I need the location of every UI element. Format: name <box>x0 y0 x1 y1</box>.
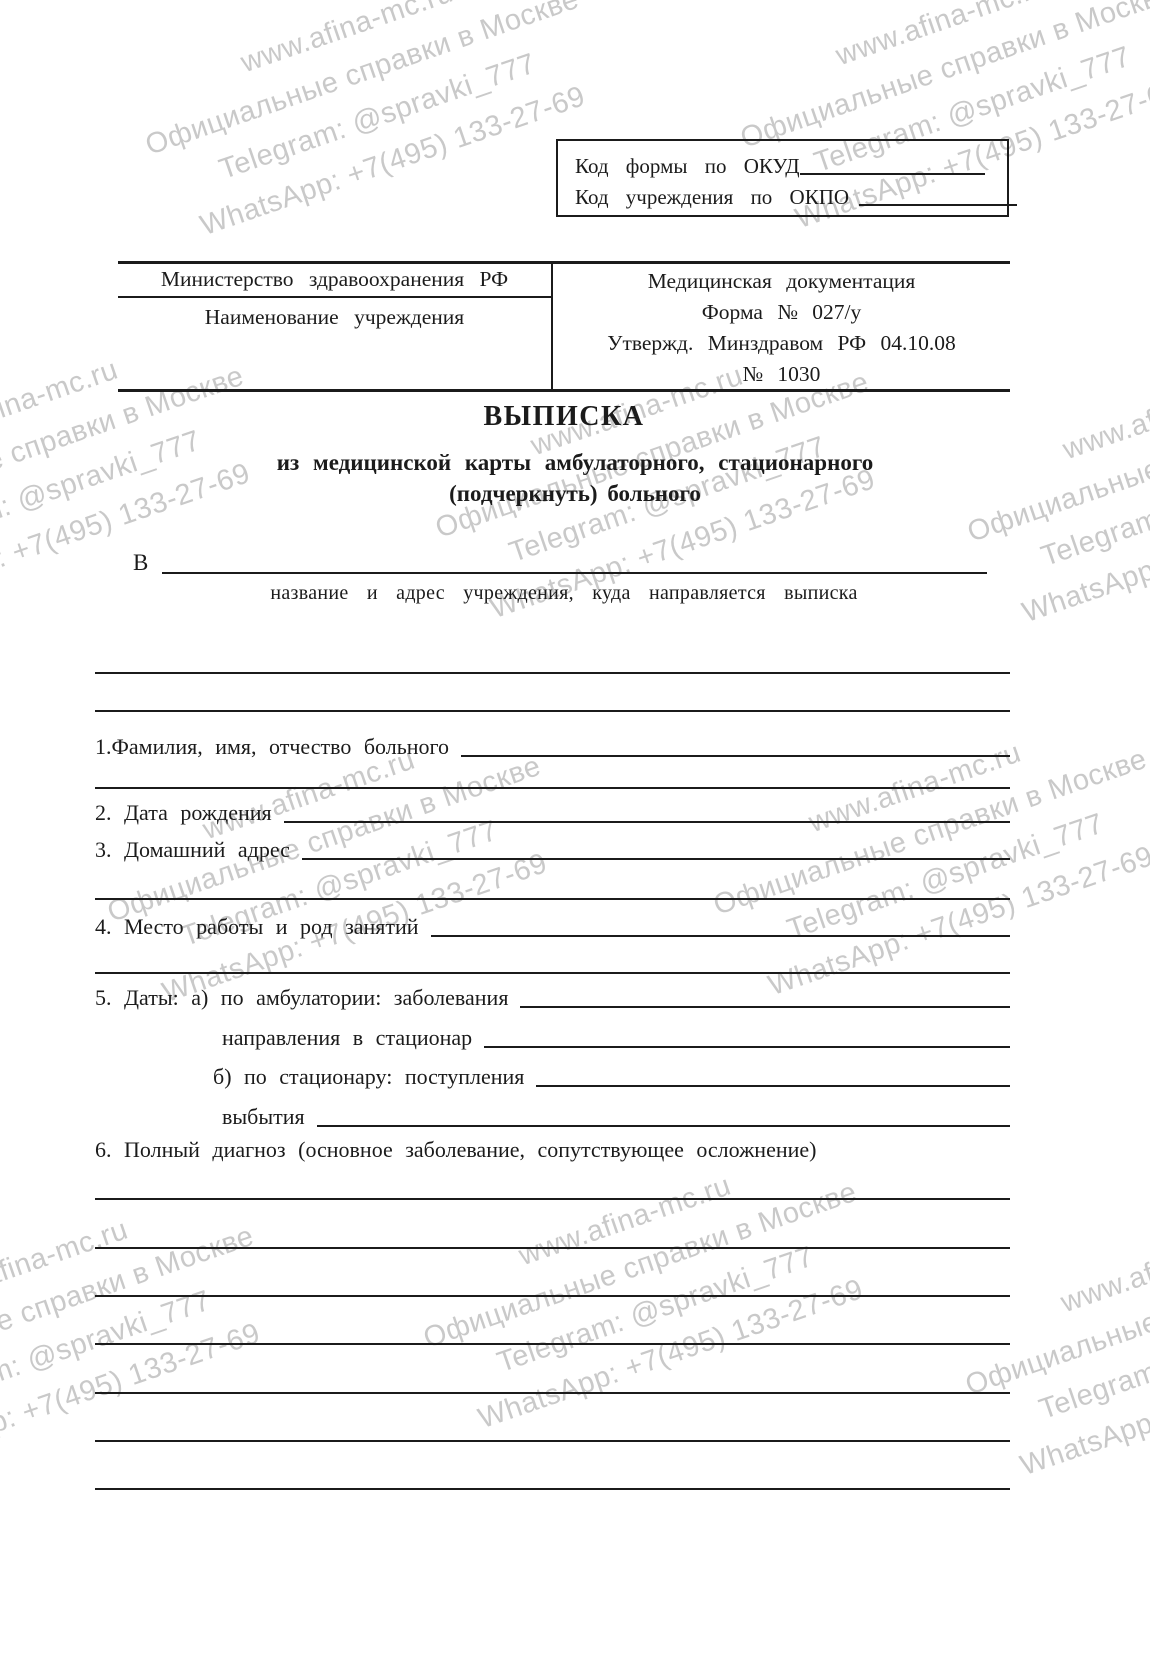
okud-code-blank-line <box>800 173 985 175</box>
blank-line <box>95 710 1010 712</box>
destination-prefix: В <box>133 550 148 576</box>
item2-label: 2. Дата рождения <box>95 800 272 826</box>
document-page: www.afina-mc.ruОфициальные справки в Мос… <box>0 0 1150 1653</box>
item5b-row: б) по стационару: поступления <box>213 1060 1010 1090</box>
item5c-row: выбытия <box>222 1100 1010 1130</box>
institution-line: Наименование учреждения <box>118 298 551 330</box>
form-number-line: Форма № 027/у <box>553 297 1010 328</box>
blank-line <box>95 1488 1010 1490</box>
header-right-cell: Медицинская документация Форма № 027/у У… <box>553 264 1010 389</box>
document-subtitle-line1: из медицинской карты амбулаторного, стац… <box>60 450 1090 476</box>
item4-row: 4. Место работы и род занятий <box>95 910 1010 940</box>
blank-line <box>95 1392 1010 1394</box>
blank-line <box>95 1343 1010 1345</box>
item2-row: 2. Дата рождения <box>95 796 1010 826</box>
order-number-line: № 1030 <box>553 359 1010 390</box>
destination-caption: название и адрес учреждения, куда направ… <box>118 582 1010 605</box>
okud-code-label: Код формы по ОКУД <box>575 154 800 179</box>
item1-row: 1.Фамилия, имя, отчество больного <box>95 730 1010 760</box>
blank-line <box>95 1247 1010 1249</box>
blank-line <box>95 1198 1010 1200</box>
okpo-code-label: Код учреждения по ОКПО <box>575 185 849 210</box>
approved-line: Утвержд. Минздравом РФ 04.10.08 <box>553 328 1010 359</box>
destination-blank-line <box>162 572 987 574</box>
doc-type-line: Медицинская документация <box>553 266 1010 297</box>
item4-blank-line <box>431 935 1010 937</box>
item5b-label: б) по стационару: поступления <box>213 1064 524 1090</box>
destination-row: В <box>133 546 987 576</box>
item5a-label: направления в стационар <box>222 1025 472 1051</box>
okud-code-row: Код формы по ОКУД <box>575 148 987 179</box>
item3-row: 3. Домашний адрес <box>95 833 1010 863</box>
document-subtitle-line2: (подчеркнуть) больного <box>60 481 1090 507</box>
item5a-blank-line <box>484 1046 1010 1048</box>
item1-blank-line <box>461 755 1010 757</box>
item2-blank-line <box>284 821 1010 823</box>
item1-label: 1.Фамилия, имя, отчество больного <box>95 734 449 760</box>
okpo-code-row: Код учреждения по ОКПО <box>575 179 987 210</box>
okud-okpo-box: Код формы по ОКУД Код учреждения по ОКПО <box>556 139 1009 217</box>
item5-label: 5. Даты: а) по амбулатории: заболевания <box>95 985 508 1011</box>
blank-line <box>95 1295 1010 1297</box>
okpo-code-blank-line <box>859 204 1017 206</box>
blank-line <box>95 972 1010 974</box>
blank-line <box>95 898 1010 900</box>
blank-line <box>95 787 1010 789</box>
item3-label: 3. Домашний адрес <box>95 837 290 863</box>
header-table: Министерство здравоохранения РФ Наименов… <box>118 261 1010 392</box>
document-title: ВЫПИСКА <box>118 401 1010 433</box>
item5a-row: направления в стационар <box>222 1021 1010 1051</box>
ministry-line: Министерство здравоохранения РФ <box>118 264 551 298</box>
blank-line <box>95 672 1010 674</box>
form-content: Код формы по ОКУД Код учреждения по ОКПО… <box>0 0 1150 1653</box>
item5c-label: выбытия <box>222 1104 305 1130</box>
item5-blank-line <box>520 1006 1010 1008</box>
item6-label: 6. Полный диагноз (основное заболевание,… <box>95 1137 816 1163</box>
item4-label: 4. Место работы и род занятий <box>95 914 419 940</box>
item5c-blank-line <box>317 1125 1010 1127</box>
item6-row: 6. Полный диагноз (основное заболевание,… <box>95 1133 1010 1163</box>
item5-row: 5. Даты: а) по амбулатории: заболевания <box>95 981 1010 1011</box>
header-left-cell: Министерство здравоохранения РФ Наименов… <box>118 264 553 389</box>
blank-line <box>95 1440 1010 1442</box>
item5b-blank-line <box>536 1085 1010 1087</box>
item3-blank-line <box>302 858 1010 860</box>
